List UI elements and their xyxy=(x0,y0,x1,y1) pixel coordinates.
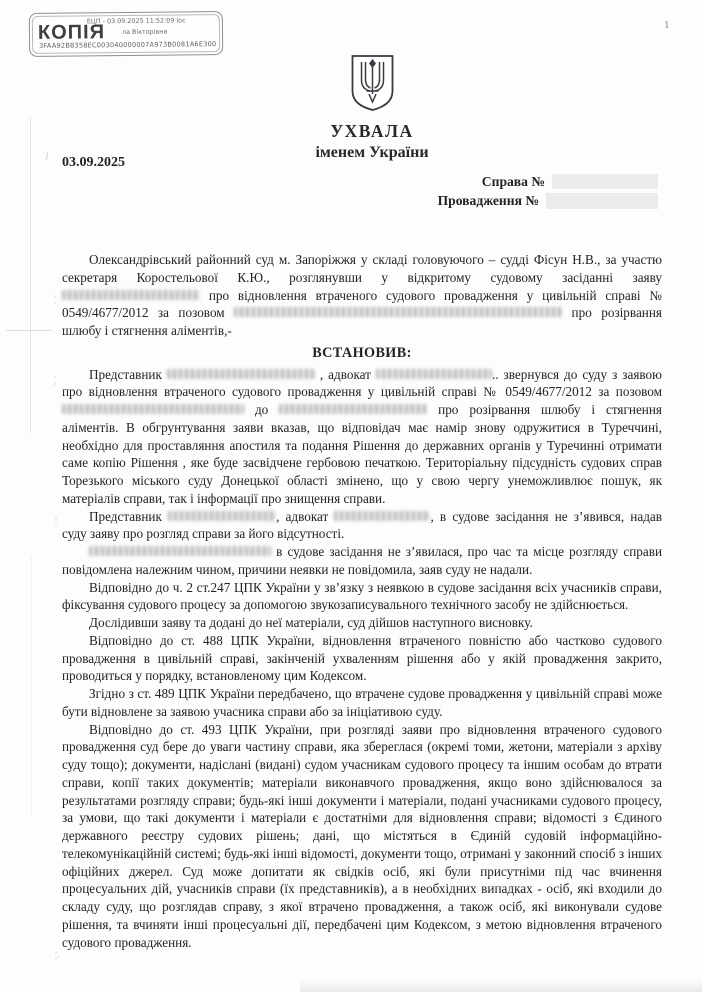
redacted-text xyxy=(89,546,271,556)
body-paragraph: Відповідно до ч. 2 ст.247 ЦПК України у … xyxy=(62,579,662,615)
stamp-copy-title: КОПІЯ xyxy=(38,21,105,45)
scan-artifact-mark: ¦ xyxy=(54,375,56,386)
document-header: УХВАЛА іменем України xyxy=(0,54,702,162)
redacted-text xyxy=(62,290,200,300)
redacted-text xyxy=(234,307,562,317)
proceeding-number-redaction xyxy=(546,193,658,209)
redacted-text xyxy=(376,369,492,379)
redacted-text xyxy=(168,511,276,521)
body-paragraph: Відповідно до ст. 488 ЦПК України, відно… xyxy=(62,632,662,685)
scanned-court-document-page: ЕЦП - 03.09.2025 11:52:09 loc ла Вікторі… xyxy=(0,0,702,992)
case-number-row: Справа № xyxy=(438,172,658,191)
body-paragraph: в судове засідання не з’явилася, про час… xyxy=(62,543,662,579)
body-paragraph: Представник , адвокат .. звернувся до су… xyxy=(62,366,662,508)
scan-artifact-mark: ¦ xyxy=(54,294,56,305)
ukraine-trident-coat-of-arms-icon xyxy=(349,54,396,112)
copy-stamp: ЕЦП - 03.09.2025 11:52:09 loc ла Вікторі… xyxy=(29,11,223,57)
stamp-signer-line: ла Вікторівна xyxy=(122,28,167,36)
document-type-title: УХВАЛА xyxy=(42,121,702,142)
body-intro: Олександрівський районний суд м. Запоріж… xyxy=(62,251,662,340)
body-paragraph: Дослідивши заяву та додані до неї матері… xyxy=(62,614,662,632)
document-date: 03.09.2025 xyxy=(62,155,125,171)
redacted-text xyxy=(334,511,430,521)
scan-artifact-mark: ¦ xyxy=(55,516,57,527)
established-heading: ВСТАНОВИВ: xyxy=(62,345,662,363)
case-number-block: Справа № Провадження № xyxy=(438,172,658,210)
scan-artifact-vertical-line xyxy=(31,555,32,815)
case-number-label: Справа № xyxy=(482,174,545,190)
body-paragraph: Згідно з ст. 489 ЦПК України передбачено… xyxy=(62,685,662,721)
scan-artifact-vertical-line xyxy=(30,118,31,433)
proceeding-number-row: Провадження № xyxy=(438,191,658,210)
scan-artifact-mark: ¦. xyxy=(55,950,60,961)
document-body: Олександрівський районний суд м. Запоріж… xyxy=(62,251,662,951)
proceeding-number-label: Провадження № xyxy=(438,193,539,209)
body-main: Представник , адвокат .. звернувся до су… xyxy=(62,366,662,952)
document-subtitle: іменем України xyxy=(42,144,702,162)
body-paragraph: Відповідно до ст. 493 ЦПК України, при р… xyxy=(62,721,662,952)
redacted-text xyxy=(279,404,427,414)
body-paragraph: Олександрівський районний суд м. Запоріж… xyxy=(62,251,662,340)
redacted-text xyxy=(167,369,315,379)
scan-artifact-fold-line xyxy=(6,330,52,331)
body-paragraph: Представник , адвокат , в судове засідан… xyxy=(62,508,662,544)
case-number-redaction xyxy=(552,174,658,189)
page-number: 1 xyxy=(664,19,670,31)
scan-artifact-shadow xyxy=(300,980,702,992)
redacted-text xyxy=(62,404,244,414)
